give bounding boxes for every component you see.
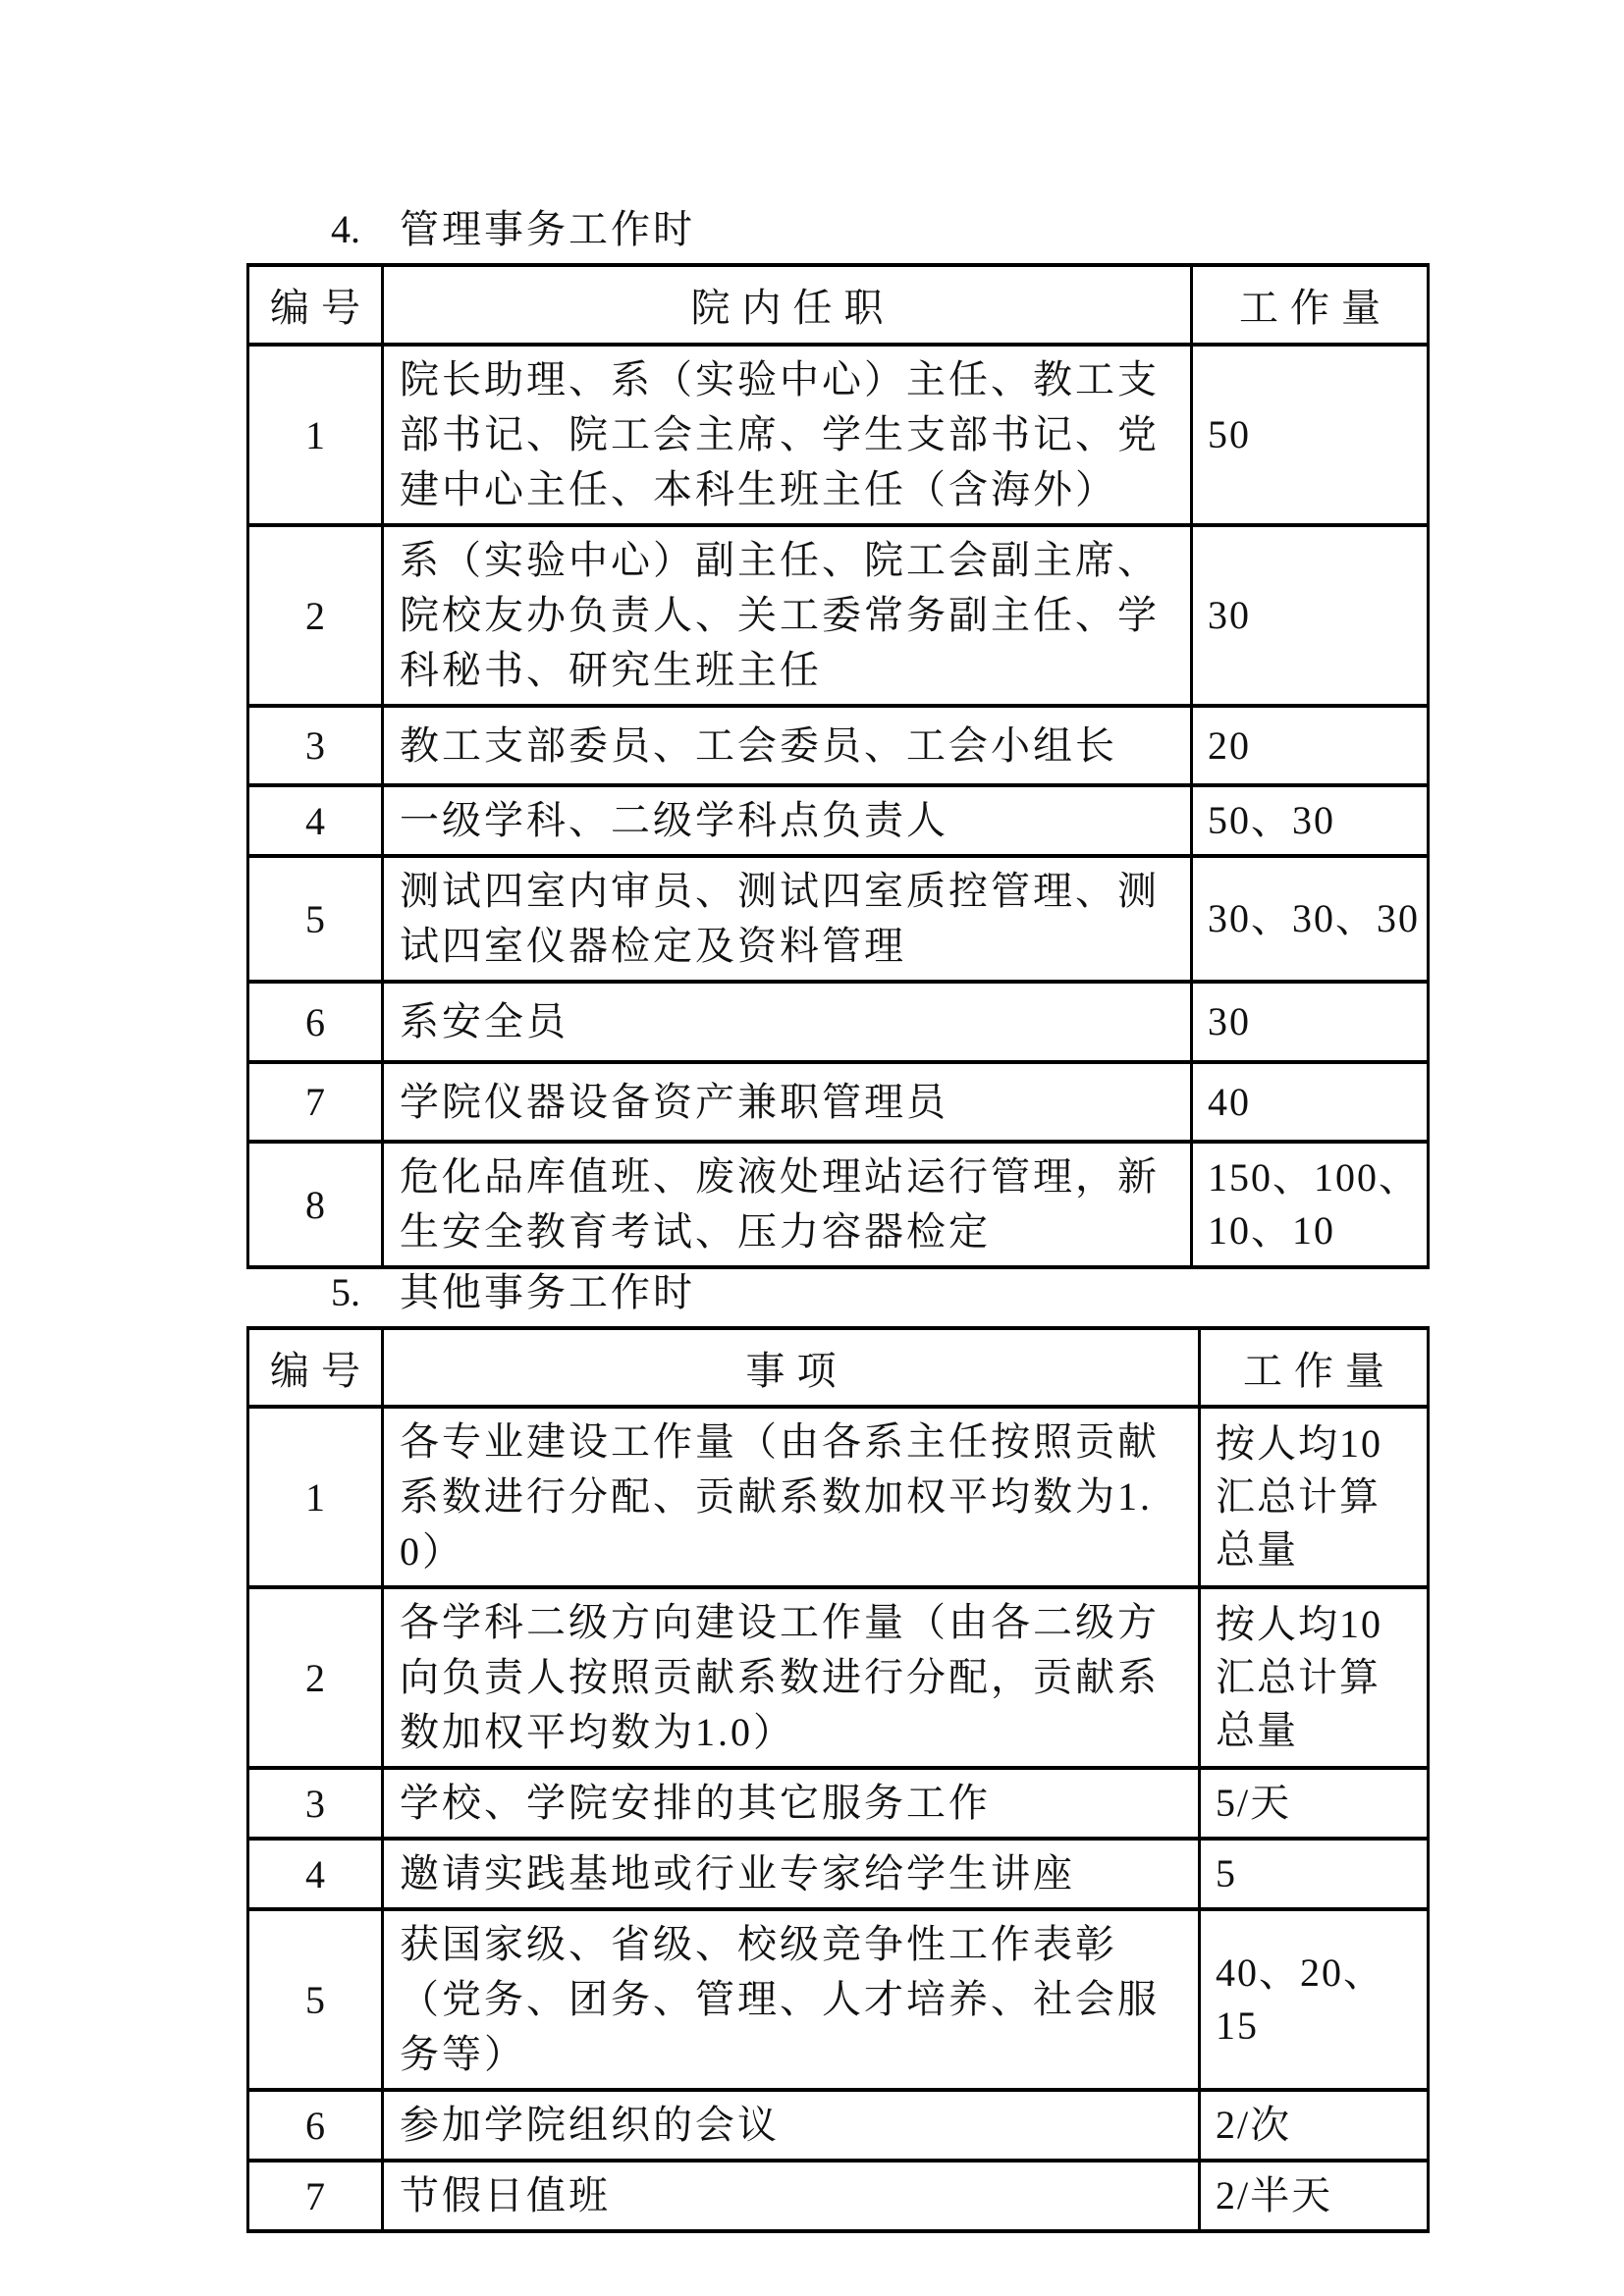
- cell-index: 3: [248, 1768, 383, 1839]
- cell-index: 8: [248, 1142, 383, 1267]
- table-row: 1 各专业建设工作量（由各系主任按照贡献系数进行分配、贡献系数加权平均数为1.0…: [248, 1407, 1429, 1587]
- table-row: 4 一级学科、二级学科点负责人 50、30: [248, 785, 1429, 856]
- cell-workload: 30、30、30: [1192, 856, 1429, 982]
- cell-item: 各专业建设工作量（由各系主任按照贡献系数进行分配、贡献系数加权平均数为1.0）: [383, 1407, 1200, 1587]
- section-4-title: 管理事务工作时: [400, 207, 695, 251]
- cell-position: 系（实验中心）副主任、院工会副主席、院校友办负责人、关工委常务副主任、学科秘书、…: [383, 525, 1192, 706]
- cell-position: 学院仪器设备资产兼职管理员: [383, 1062, 1192, 1142]
- cell-workload: 2/次: [1200, 2090, 1429, 2161]
- column-header-workload: 工作量: [1200, 1328, 1429, 1407]
- table-row: 8 危化品库值班、废液处理站运行管理，新生安全教育考试、压力容器检定 150、1…: [248, 1142, 1429, 1267]
- cell-workload: 30: [1192, 525, 1429, 706]
- cell-index: 4: [248, 785, 383, 856]
- table-row: 5 测试四室内审员、测试四室质控管理、测试四室仪器检定及资料管理 30、30、3…: [248, 856, 1429, 982]
- section-5-title: 其他事务工作时: [400, 1270, 695, 1314]
- cell-index: 2: [248, 525, 383, 706]
- column-header-item: 事项: [383, 1328, 1200, 1407]
- cell-workload: 20: [1192, 706, 1429, 785]
- cell-index: 1: [248, 345, 383, 525]
- cell-workload: 50、30: [1192, 785, 1429, 856]
- cell-position: 院长助理、系（实验中心）主任、教工支部书记、院工会主席、学生支部书记、党建中心主…: [383, 345, 1192, 525]
- table-row: 7 节假日值班 2/半天: [248, 2161, 1429, 2231]
- section-4-number: 4.: [331, 204, 360, 255]
- table-row: 7 学院仪器设备资产兼职管理员 40: [248, 1062, 1429, 1142]
- cell-item: 各学科二级方向建设工作量（由各二级方向负责人按照贡献系数进行分配，贡献系数加权平…: [383, 1587, 1200, 1768]
- table-row: 1 院长助理、系（实验中心）主任、教工支部书记、院工会主席、学生支部书记、党建中…: [248, 345, 1429, 525]
- cell-workload: 30: [1192, 982, 1429, 1062]
- cell-position: 系安全员: [383, 982, 1192, 1062]
- cell-workload: 5/天: [1200, 1768, 1429, 1839]
- cell-index: 2: [248, 1587, 383, 1768]
- cell-workload: 按人均10 汇总计算 总量: [1200, 1407, 1429, 1587]
- cell-item: 节假日值班: [383, 2161, 1200, 2231]
- cell-workload: 40、20、 15: [1200, 1909, 1429, 2090]
- cell-index: 4: [248, 1839, 383, 1909]
- table-row: 6 系安全员 30: [248, 982, 1429, 1062]
- cell-workload: 2/半天: [1200, 2161, 1429, 2231]
- column-header-index: 编号: [248, 265, 383, 345]
- cell-position: 教工支部委员、工会委员、工会小组长: [383, 706, 1192, 785]
- cell-position: 测试四室内审员、测试四室质控管理、测试四室仪器检定及资料管理: [383, 856, 1192, 982]
- cell-index: 6: [248, 2090, 383, 2161]
- table-row: 6 参加学院组织的会议 2/次: [248, 2090, 1429, 2161]
- cell-index: 5: [248, 1909, 383, 2090]
- cell-workload: 50: [1192, 345, 1429, 525]
- column-header-workload: 工作量: [1192, 265, 1429, 345]
- table-row: 3 学校、学院安排的其它服务工作 5/天: [248, 1768, 1429, 1839]
- cell-index: 7: [248, 1062, 383, 1142]
- table-header-row: 编号 事项 工作量: [248, 1328, 1429, 1407]
- table-row: 2 系（实验中心）副主任、院工会副主席、院校友办负责人、关工委常务副主任、学科秘…: [248, 525, 1429, 706]
- table-row: 2 各学科二级方向建设工作量（由各二级方向负责人按照贡献系数进行分配，贡献系数加…: [248, 1587, 1429, 1768]
- section-5-number: 5.: [331, 1267, 360, 1318]
- document-page: 4.管理事务工作时 编号 院内任职 工作量 1 院长助理、系（实验中心）主任、教…: [0, 0, 1624, 2296]
- cell-workload: 150、100、 10、10: [1192, 1142, 1429, 1267]
- cell-workload: 按人均10 汇总计算 总量: [1200, 1587, 1429, 1768]
- cell-index: 7: [248, 2161, 383, 2231]
- cell-position: 一级学科、二级学科点负责人: [383, 785, 1192, 856]
- table-header-row: 编号 院内任职 工作量: [248, 265, 1429, 345]
- cell-index: 5: [248, 856, 383, 982]
- table-row: 5 获国家级、省级、校级竞争性工作表彰（党务、团务、管理、人才培养、社会服务等）…: [248, 1909, 1429, 2090]
- column-header-index: 编号: [248, 1328, 383, 1407]
- cell-item: 获国家级、省级、校级竞争性工作表彰（党务、团务、管理、人才培养、社会服务等）: [383, 1909, 1200, 2090]
- cell-position: 危化品库值班、废液处理站运行管理，新生安全教育考试、压力容器检定: [383, 1142, 1192, 1267]
- column-header-position: 院内任职: [383, 265, 1192, 345]
- management-duties-table: 编号 院内任职 工作量 1 院长助理、系（实验中心）主任、教工支部书记、院工会主…: [246, 263, 1430, 1269]
- section-5-heading: 5.其他事务工作时: [331, 1267, 695, 1318]
- cell-index: 3: [248, 706, 383, 785]
- cell-item: 邀请实践基地或行业专家给学生讲座: [383, 1839, 1200, 1909]
- table-row: 3 教工支部委员、工会委员、工会小组长 20: [248, 706, 1429, 785]
- cell-workload: 40: [1192, 1062, 1429, 1142]
- cell-index: 6: [248, 982, 383, 1062]
- cell-item: 参加学院组织的会议: [383, 2090, 1200, 2161]
- section-4-heading: 4.管理事务工作时: [331, 204, 695, 255]
- cell-item: 学校、学院安排的其它服务工作: [383, 1768, 1200, 1839]
- cell-index: 1: [248, 1407, 383, 1587]
- cell-workload: 5: [1200, 1839, 1429, 1909]
- table-row: 4 邀请实践基地或行业专家给学生讲座 5: [248, 1839, 1429, 1909]
- other-duties-table: 编号 事项 工作量 1 各专业建设工作量（由各系主任按照贡献系数进行分配、贡献系…: [246, 1326, 1430, 2233]
